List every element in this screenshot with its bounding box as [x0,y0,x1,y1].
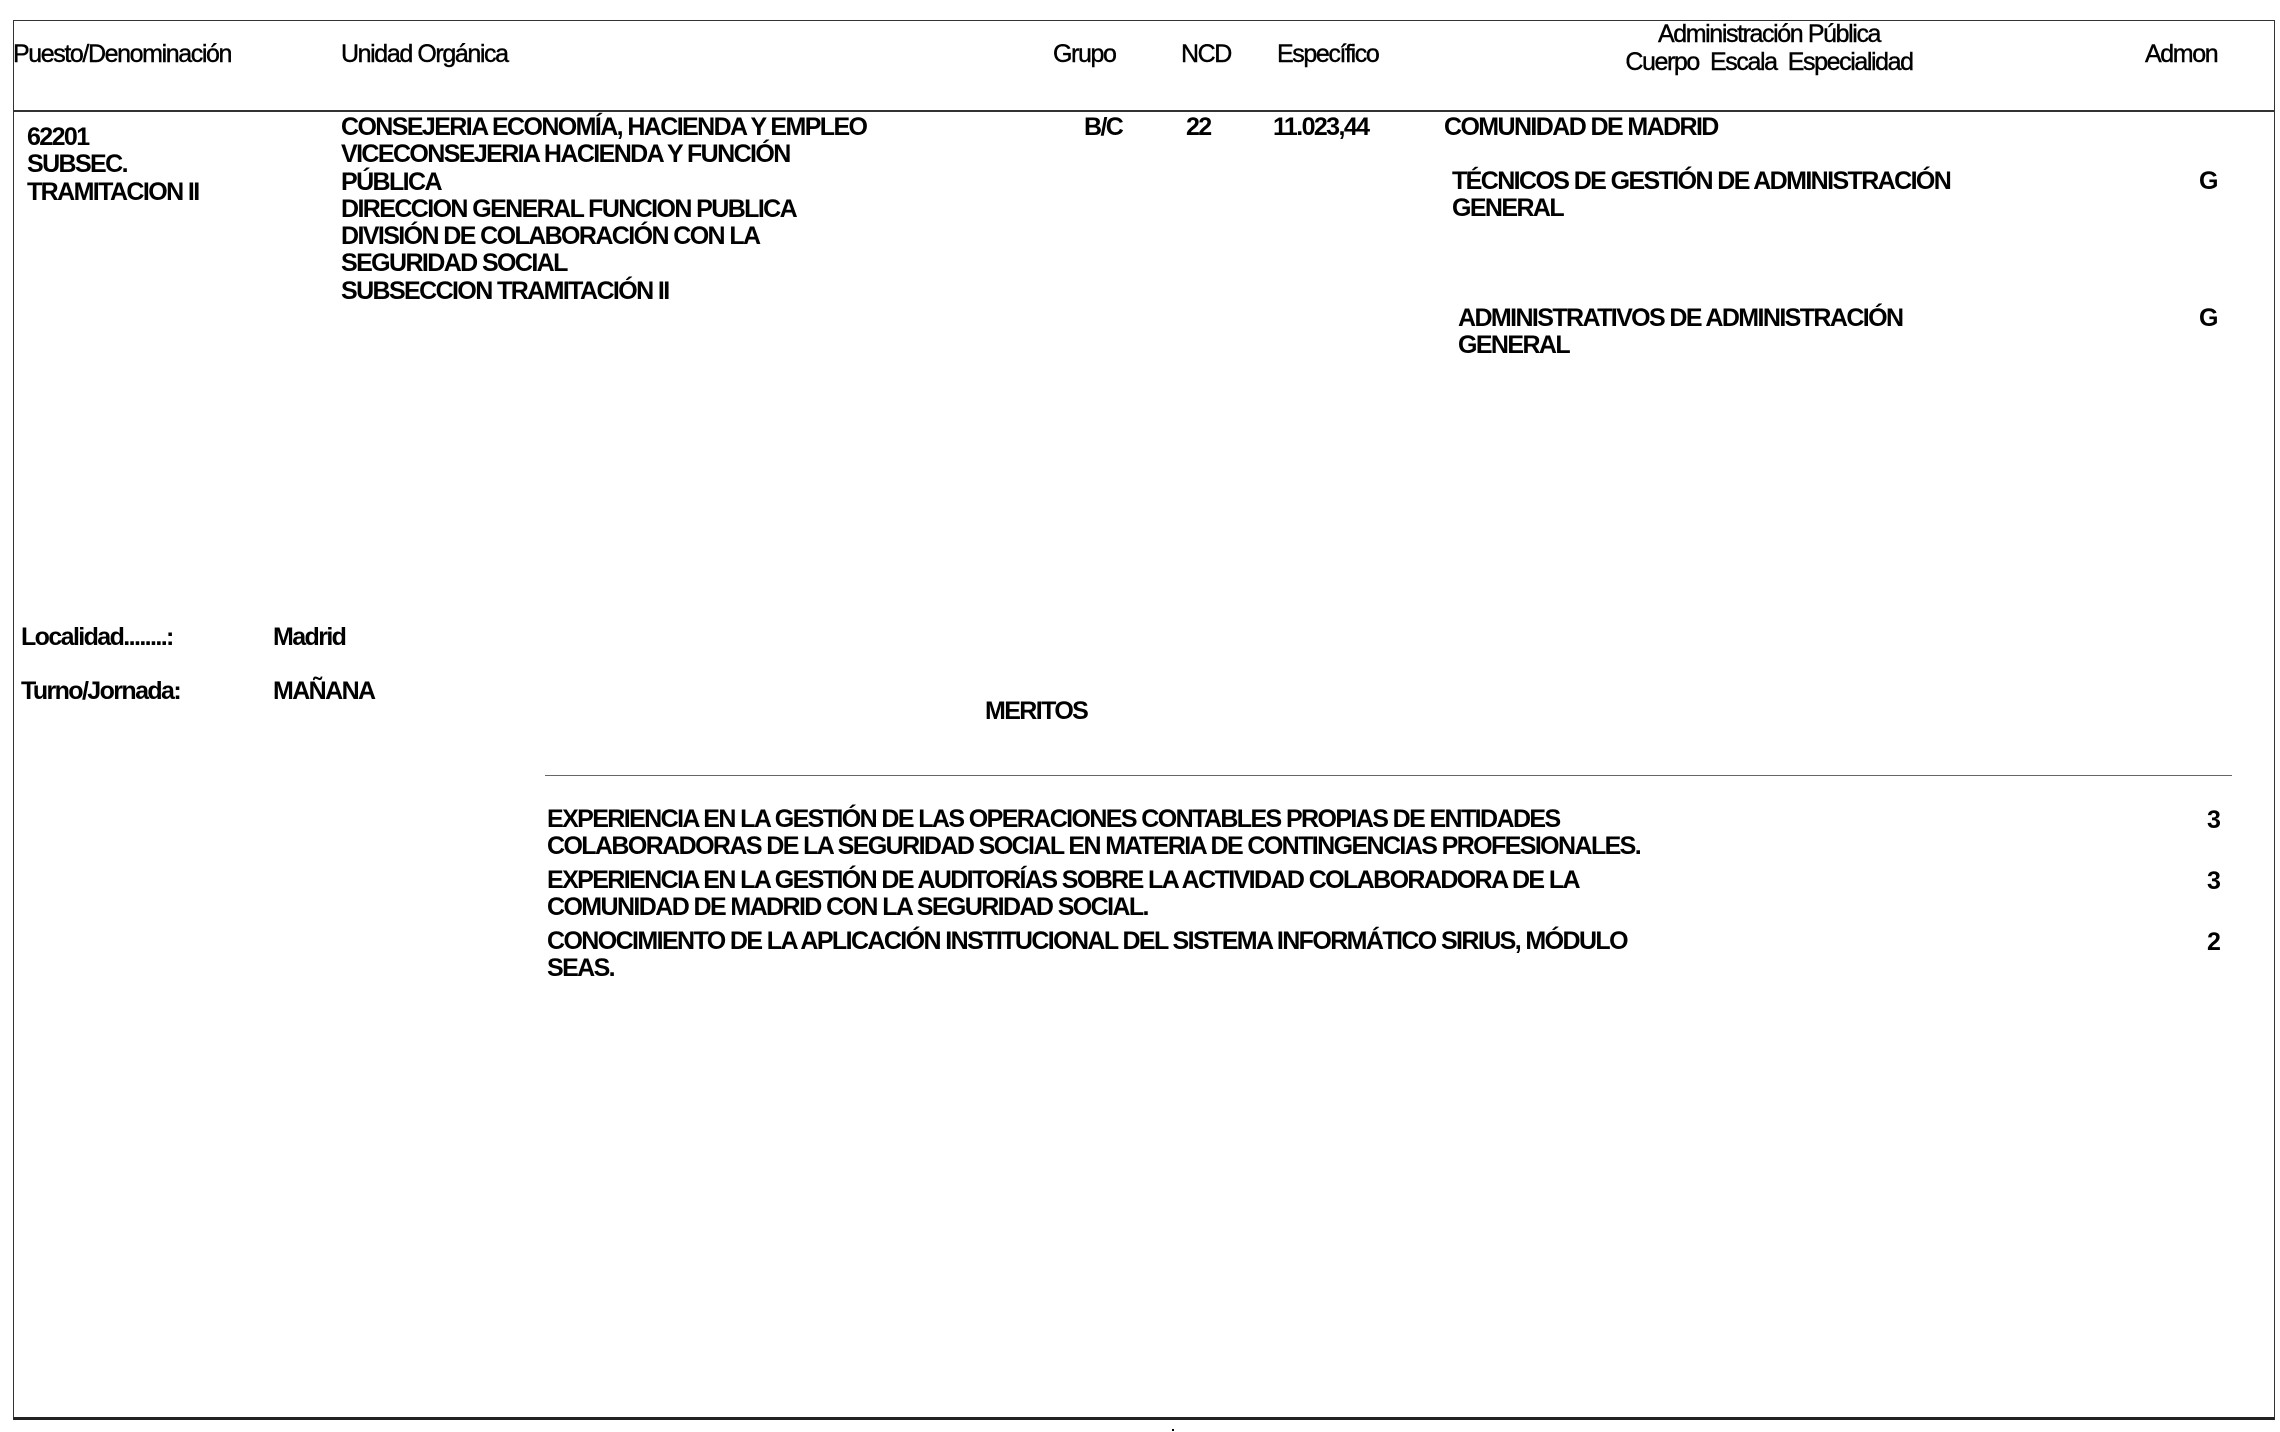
merit-text-line: COLABORADORAS DE LA SEGURIDAD SOCIAL EN … [547,833,1640,860]
cuerpo-1-admon: G [2199,168,2217,195]
header-unidad: Unidad Orgánica [341,41,508,68]
unidad-line: CONSEJERIA ECONOMÍA, HACIENDA Y EMPLEO [341,114,866,141]
meritos-title: MERITOS [985,698,1087,725]
puesto-cell: 62201 SUBSEC. TRAMITACION II [27,124,199,206]
cuerpo-1-line2: GENERAL [1452,195,1950,222]
unidad-cell: CONSEJERIA ECONOMÍA, HACIENDA Y EMPLEO V… [341,114,866,305]
especifico-value: 11.023,44 [1273,114,1368,141]
administracion-value: COMUNIDAD DE MADRID [1444,114,1718,141]
merit-text-line: SEAS. [547,955,1627,982]
turno-value: MAÑANA [273,678,375,705]
localidad-label: Localidad........: [21,624,173,651]
cuerpo-2-line2: GENERAL [1458,332,1902,359]
puesto-code: 62201 [27,124,199,151]
unidad-line: DIVISIÓN DE COLABORACIÓN CON LA [341,223,866,250]
cuerpo-2-line1: ADMINISTRATIVOS DE ADMINISTRACIÓN [1458,305,1902,332]
merit-text-line: COMUNIDAD DE MADRID CON LA SEGURIDAD SOC… [547,894,1579,921]
merit-points: 3 [2202,806,2226,835]
meritos-separator [545,775,2232,776]
header-grupo: Grupo [1053,41,1115,68]
unidad-line: SUBSECCION TRAMITACIÓN II [341,278,866,305]
merit-points: 3 [2202,867,2226,896]
merit-text-line: CONOCIMIENTO DE LA APLICACIÓN INSTITUCIO… [547,928,1627,955]
merit-text-line: EXPERIENCIA EN LA GESTIÓN DE LAS OPERACI… [547,806,1640,833]
cuerpo-2: ADMINISTRATIVOS DE ADMINISTRACIÓN GENERA… [1458,305,1902,360]
unidad-line: SEGURIDAD SOCIAL [341,250,866,277]
grupo-value: B/C [1084,114,1122,141]
stray-mark [1172,1429,1174,1431]
header-puesto: Puesto/Denominación [13,41,231,68]
cuerpo-1: TÉCNICOS DE GESTIÓN DE ADMINISTRACIÓN GE… [1452,168,1950,223]
header-admin-line2: Cuerpo Escala Especialidad [1569,49,1969,76]
merit-text-line: EXPERIENCIA EN LA GESTIÓN DE AUDITORÍAS … [547,867,1579,894]
merit-item: EXPERIENCIA EN LA GESTIÓN DE LAS OPERACI… [547,806,1640,860]
ncd-value: 22 [1186,114,1211,141]
header-especifico: Específico [1277,41,1378,68]
header-admon: Admon [2145,41,2217,68]
merit-points: 2 [2202,928,2226,957]
cuerpo-1-line1: TÉCNICOS DE GESTIÓN DE ADMINISTRACIÓN [1452,168,1950,195]
turno-label: Turno/Jornada: [21,678,180,705]
merit-item: CONOCIMIENTO DE LA APLICACIÓN INSTITUCIO… [547,928,1627,982]
cuerpo-2-admon: G [2199,305,2217,332]
unidad-line: PÚBLICA [341,169,866,196]
merit-item: EXPERIENCIA EN LA GESTIÓN DE AUDITORÍAS … [547,867,1579,921]
puesto-name-line1: SUBSEC. [27,151,199,178]
localidad-value: Madrid [273,624,345,651]
unidad-line: DIRECCION GENERAL FUNCION PUBLICA [341,196,866,223]
header-admin-line1: Administración Pública [1569,21,1969,48]
unidad-line: VICECONSEJERIA HACIENDA Y FUNCIÓN [341,141,866,168]
header-ncd: NCD [1181,41,1231,68]
header-separator [13,110,2275,112]
puesto-name-line2: TRAMITACION II [27,179,199,206]
